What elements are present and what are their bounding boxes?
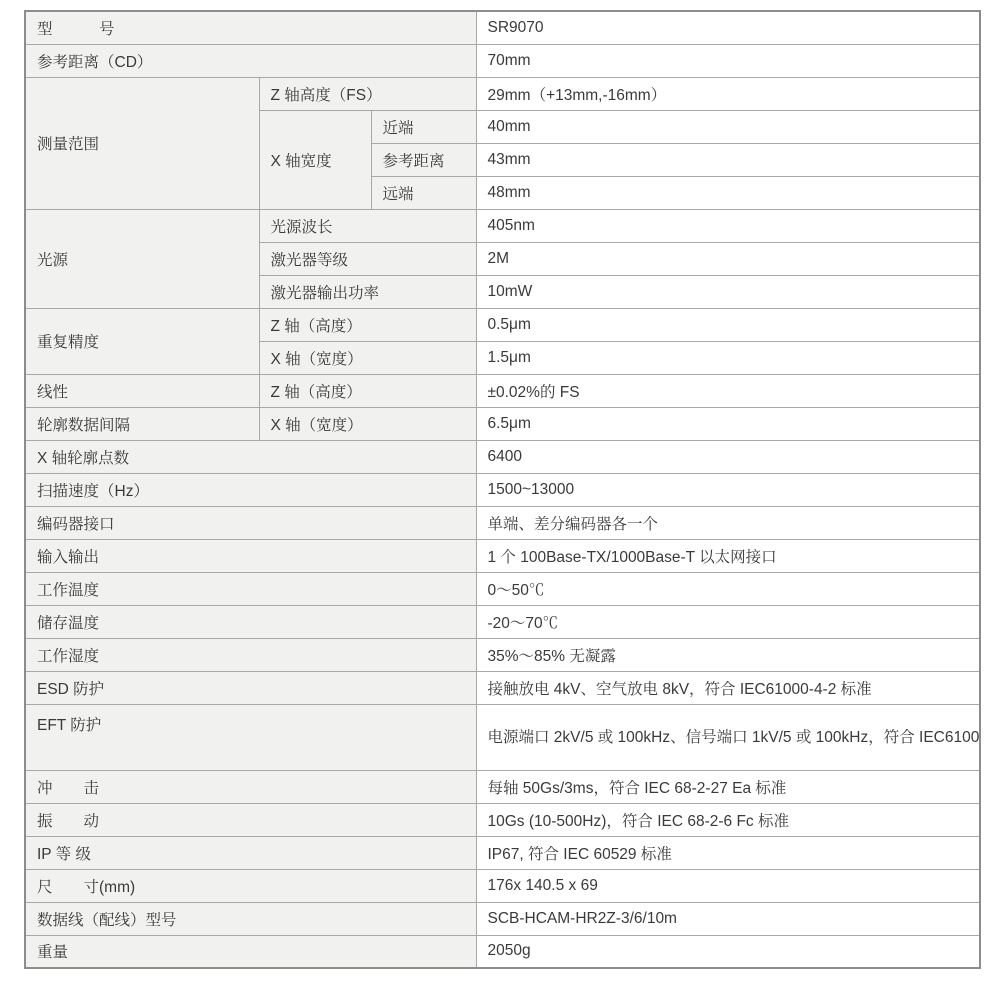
spec-row-shock: 冲 击 每轴 50Gs/3ms，符合 IEC 68-2-27 Ea 标准 (25, 770, 980, 803)
label-reference-distance: 参考距离（CD） (25, 44, 476, 77)
spec-row-operating-temp: 工作温度 0～50℃ (25, 572, 980, 605)
spec-row-z-height: 测量范围 Z 轴高度（FS） 29mm（+13mm,-16mm） (25, 77, 980, 110)
label-wavelength: 光源波长 (259, 209, 476, 242)
spec-row-encoder: 编码器接口 单端、差分编码器各一个 (25, 506, 980, 539)
label-vibration: 振 动 (25, 803, 476, 836)
label-repeatability: 重复精度 (25, 308, 259, 374)
label-linearity: 线性 (25, 374, 259, 407)
value-humidity: 35%～85% 无凝露 (476, 638, 980, 671)
label-io: 输入输出 (25, 539, 476, 572)
label-storage-temp: 储存温度 (25, 605, 476, 638)
value-x-profile-points: 6400 (476, 440, 980, 473)
label-light-source: 光源 (25, 209, 259, 308)
spec-row-scan-speed: 扫描速度（Hz） 1500~13000 (25, 473, 980, 506)
label-shock: 冲 击 (25, 770, 476, 803)
spec-row-eft: EFT 防护 电源端口 2kV/5 或 100kHz、信号端口 1kV/5 或 … (25, 704, 980, 770)
spec-row-linearity: 线性 Z 轴（高度） ±0.02%的 FS (25, 374, 980, 407)
value-shock: 每轴 50Gs/3ms，符合 IEC 68-2-27 Ea 标准 (476, 770, 980, 803)
label-encoder: 编码器接口 (25, 506, 476, 539)
label-profile-interval: 轮廓数据间隔 (25, 407, 259, 440)
spec-row-weight: 重量 2050g (25, 935, 980, 968)
label-weight: 重量 (25, 935, 476, 968)
spec-row-vibration: 振 动 10Gs (10-500Hz)，符合 IEC 68-2-6 Fc 标准 (25, 803, 980, 836)
label-ip-rating: IP 等 级 (25, 836, 476, 869)
spec-sheet: 型 号 SR9070 参考距离（CD） 70mm 测量范围 Z 轴高度（FS） … (0, 0, 998, 994)
spec-row-reference-distance: 参考距离（CD） 70mm (25, 44, 980, 77)
spec-row-storage-temp: 储存温度 -20～70℃ (25, 605, 980, 638)
spec-row-cable: 数据线（配线）型号 SCB-HCAM-HR2Z-3/6/10m (25, 902, 980, 935)
spec-row-x-profile-points: X 轴轮廓点数 6400 (25, 440, 980, 473)
label-esd: ESD 防护 (25, 671, 476, 704)
spec-row-humidity: 工作湿度 35%～85% 无凝露 (25, 638, 980, 671)
value-z-height: 29mm（+13mm,-16mm） (476, 77, 980, 110)
spec-row-model: 型 号 SR9070 (25, 11, 980, 44)
label-repeatability-z: Z 轴（高度） (259, 308, 476, 341)
label-model: 型 号 (25, 11, 476, 44)
label-dimensions: 尺 寸(mm) (25, 869, 476, 902)
spec-row-wavelength: 光源 光源波长 405nm (25, 209, 980, 242)
value-storage-temp: -20～70℃ (476, 605, 980, 638)
label-repeatability-x: X 轴（宽度） (259, 341, 476, 374)
label-eft: EFT 防护 (25, 704, 476, 770)
label-measurement-range: 测量范围 (25, 77, 259, 209)
value-vibration: 10Gs (10-500Hz)，符合 IEC 68-2-6 Fc 标准 (476, 803, 980, 836)
spec-table: 型 号 SR9070 参考距离（CD） 70mm 测量范围 Z 轴高度（FS） … (24, 10, 981, 969)
value-laser-power: 10mW (476, 275, 980, 308)
label-laser-power: 激光器输出功率 (259, 275, 476, 308)
value-cable: SCB-HCAM-HR2Z-3/6/10m (476, 902, 980, 935)
value-wavelength: 405nm (476, 209, 980, 242)
label-profile-interval-axis: X 轴（宽度） (259, 407, 476, 440)
value-linearity: ±0.02%的 FS (476, 374, 980, 407)
label-x-width-near: 近端 (371, 110, 476, 143)
value-encoder: 单端、差分编码器各一个 (476, 506, 980, 539)
value-dimensions: 176x 140.5 x 69 (476, 869, 980, 902)
value-x-width-reference: 43mm (476, 143, 980, 176)
label-x-profile-points: X 轴轮廓点数 (25, 440, 476, 473)
value-reference-distance: 70mm (476, 44, 980, 77)
spec-row-dimensions: 尺 寸(mm) 176x 140.5 x 69 (25, 869, 980, 902)
spec-row-repeatability-z: 重复精度 Z 轴（高度） 0.5μm (25, 308, 980, 341)
value-model: SR9070 (476, 11, 980, 44)
value-profile-interval: 6.5μm (476, 407, 980, 440)
value-laser-class: 2M (476, 242, 980, 275)
spec-row-esd: ESD 防护 接触放电 4kV、空气放电 8kV，符合 IEC61000-4-2… (25, 671, 980, 704)
label-cable: 数据线（配线）型号 (25, 902, 476, 935)
spec-row-io: 输入输出 1 个 100Base-TX/1000Base-T 以太网接口 (25, 539, 980, 572)
spec-row-profile-interval: 轮廓数据间隔 X 轴（宽度） 6.5μm (25, 407, 980, 440)
label-z-height: Z 轴高度（FS） (259, 77, 476, 110)
value-eft: 电源端口 2kV/5 或 100kHz、信号端口 1kV/5 或 100kHz，… (476, 704, 980, 770)
label-x-width: X 轴宽度 (259, 110, 371, 209)
value-x-width-far: 48mm (476, 176, 980, 209)
value-scan-speed: 1500~13000 (476, 473, 980, 506)
spec-row-ip-rating: IP 等 级 IP67, 符合 IEC 60529 标准 (25, 836, 980, 869)
value-repeatability-z: 0.5μm (476, 308, 980, 341)
label-operating-temp: 工作温度 (25, 572, 476, 605)
label-linearity-axis: Z 轴（高度） (259, 374, 476, 407)
label-x-width-far: 远端 (371, 176, 476, 209)
value-io: 1 个 100Base-TX/1000Base-T 以太网接口 (476, 539, 980, 572)
value-ip-rating: IP67, 符合 IEC 60529 标准 (476, 836, 980, 869)
label-laser-class: 激光器等级 (259, 242, 476, 275)
label-humidity: 工作湿度 (25, 638, 476, 671)
value-repeatability-x: 1.5μm (476, 341, 980, 374)
value-weight: 2050g (476, 935, 980, 968)
label-x-width-reference: 参考距离 (371, 143, 476, 176)
label-scan-speed: 扫描速度（Hz） (25, 473, 476, 506)
value-operating-temp: 0～50℃ (476, 572, 980, 605)
value-x-width-near: 40mm (476, 110, 980, 143)
value-esd: 接触放电 4kV、空气放电 8kV，符合 IEC61000-4-2 标准 (476, 671, 980, 704)
